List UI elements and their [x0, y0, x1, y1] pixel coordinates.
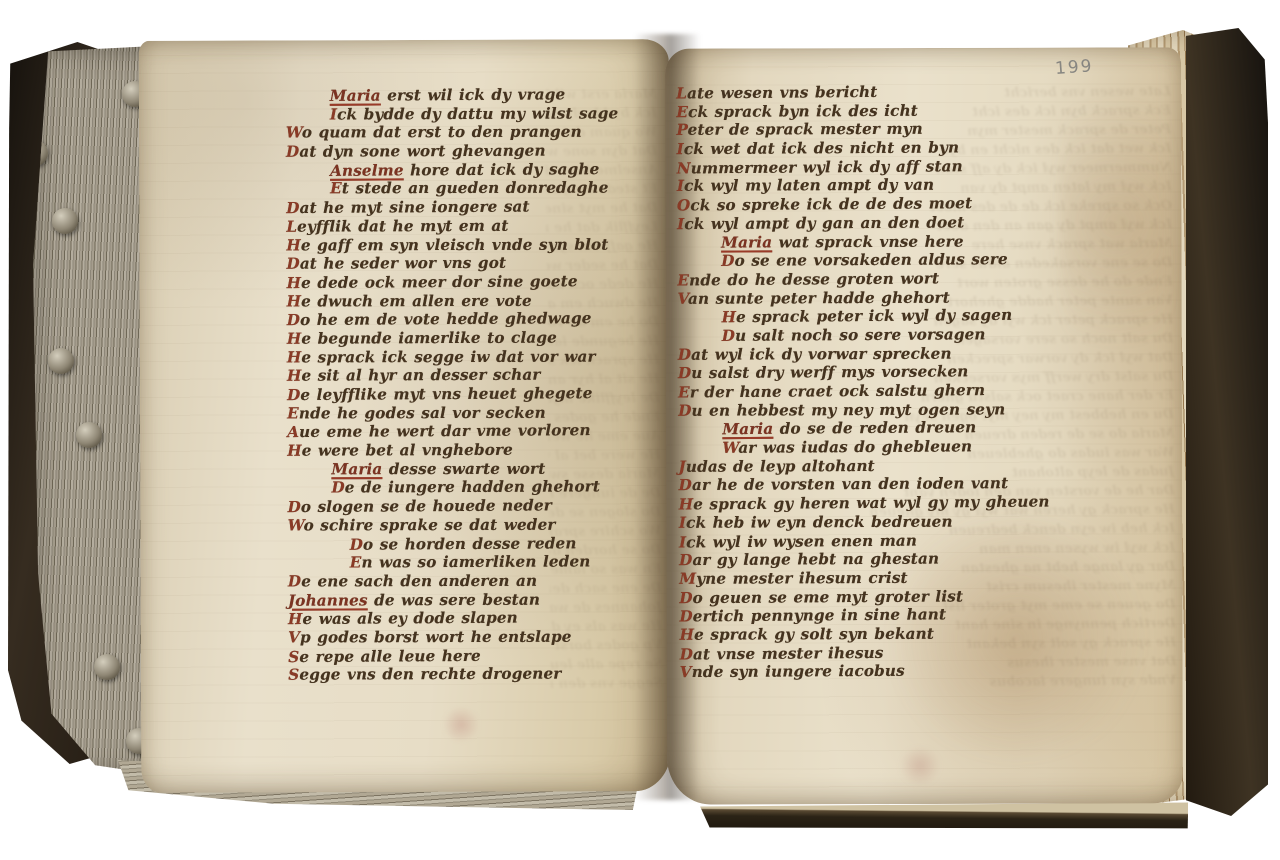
rubricated-initial: H [286, 274, 301, 292]
manuscript-line: Dertich pennynge in sine hant [679, 605, 1050, 627]
rubricated-initial: V [288, 628, 300, 646]
manuscript-line: Maria do se de reden dreuen [722, 418, 1049, 439]
rubricated-initial: H [722, 308, 737, 326]
manuscript-line: He were bet al vnghebore [287, 440, 620, 460]
rubricated-initial: W [286, 124, 302, 142]
rubricated-initial: H [287, 442, 302, 460]
rubricated-initial: D [286, 199, 299, 217]
manuscript-line: Do se horden desse reden [350, 533, 621, 553]
parchment-stain [897, 748, 943, 784]
manuscript-photo: Maria erst wil ick dy vrageIck bydde dy … [0, 0, 1280, 860]
manuscript-line: Vp godes borst wort he entslape [288, 627, 621, 647]
manuscript-line: Dat he seder wor vns got [286, 253, 619, 273]
manuscript-line: De leyfflike myt vns heuet ghegete [287, 384, 620, 405]
manuscript-line: He sprack gy solt syn bekant [680, 624, 1051, 644]
manuscript-line: Segge vns den rechte drogener [288, 665, 621, 685]
rubricated-initial: D [722, 327, 735, 345]
manuscript-line: Ende he godes sal vor secken [287, 403, 620, 423]
manuscript-line: Late wesen vns bericht [676, 81, 1047, 103]
manuscript-line: Maria desse swarte wort [331, 459, 620, 478]
metal-boss [52, 208, 78, 234]
rubricated-initial: D [288, 572, 301, 590]
manuscript-line: Maria erst wil ick dy vrage [330, 85, 619, 106]
manuscript-line: Do he em de vote hedde ghedwage [287, 309, 620, 330]
manuscript-line: Dat dyn sone wort ghevangen [286, 141, 619, 161]
rubricated-initial: I [679, 533, 686, 551]
speaker-rubric: Maria [722, 420, 773, 438]
manuscript-line: Myne mester ihesum crist [679, 568, 1050, 588]
rubricated-initial: H [288, 610, 303, 628]
manuscript-line: Dar gy lange hebt na ghestan [679, 549, 1050, 570]
rubricated-initial: W [722, 439, 738, 457]
manuscript-line: De de iungere hadden ghehort [331, 478, 620, 498]
manuscript-line: Do se ene vorsakeden aldus sere [721, 250, 1048, 271]
manuscript-line: De ene sach den anderen an [288, 571, 621, 591]
rubricated-initial: I [677, 215, 684, 233]
rubricated-initial: S [288, 648, 299, 666]
metal-boss [76, 422, 102, 448]
speaker-rubric: Johannes [288, 591, 368, 609]
manuscript-line: Aue eme he wert dar vme vorloren [287, 421, 620, 442]
manuscript-line: Dat wyl ick dy vorwar sprecken [678, 344, 1049, 364]
rubricated-initial: E [350, 554, 362, 572]
rubricated-initial: D [287, 311, 300, 329]
manuscript-line: Eck sprack byn ick des icht [676, 101, 1047, 122]
manuscript-line: Se repe alle leue here [288, 646, 621, 667]
rubricated-initial: H [287, 348, 302, 366]
page-text-left: Maria erst wil ick dy vrageIck bydde dy … [286, 85, 621, 684]
rubricated-initial: D [679, 551, 692, 569]
manuscript-line: He dwuch em allen ere vote [287, 291, 620, 311]
speaker-rubric: Maria [330, 87, 381, 105]
rubricated-initial: L [286, 217, 297, 235]
rubricated-initial: H [286, 236, 301, 254]
manuscript-line: Ock so spreke ick de de des moet [677, 194, 1048, 216]
manuscript-line: Ick heb iw eyn denck bedreuen [679, 512, 1050, 532]
parchment-stain [1060, 57, 1171, 387]
manuscript-line: Anselme hore dat ick dy saghe [330, 160, 619, 181]
rubricated-initial: D [678, 345, 691, 363]
rubricated-initial: D [287, 498, 300, 516]
rubricated-initial: M [679, 570, 696, 588]
folio-number: 199 [1054, 56, 1094, 79]
manuscript-line: Maria wat sprack vnse here [721, 232, 1048, 252]
manuscript-line: Ick wyl ampt dy gan an den doet [677, 213, 1048, 234]
speaker-rubric: Maria [331, 460, 382, 478]
rubricated-initial: D [350, 535, 363, 553]
manuscript-line: Er der hane craet ock salstu ghern [678, 380, 1049, 402]
manuscript-line: Do slogen se de houede neder [287, 496, 620, 517]
rubricated-initial: D [286, 143, 299, 161]
rubricated-initial: D [679, 608, 692, 626]
manuscript-line: Vnde syn iungere iacobus [680, 661, 1051, 682]
rubricated-initial: I [330, 105, 337, 123]
manuscript-line: War was iudas do ghebleuen [722, 437, 1049, 458]
manuscript-line: He sprack peter ick wyl dy sagen [722, 306, 1049, 327]
rubricated-initial: N [677, 159, 691, 177]
manuscript-line: Ende do he desse groten wort [677, 268, 1048, 290]
rubricated-initial: J [678, 458, 685, 476]
manuscript-line: Et stede an gueden donredaghe [330, 179, 619, 198]
rubricated-initial: I [679, 514, 686, 532]
manuscript-line: He gaff em syn vleisch vnde syn blot [286, 235, 619, 255]
rubricated-initial: H [287, 367, 302, 385]
rubricated-initial: D [679, 476, 692, 494]
rubricated-initial: S [288, 666, 299, 684]
rubricated-initial: D [678, 364, 691, 382]
rubricated-initial: H [679, 496, 694, 514]
rubricated-initial: E [676, 103, 688, 121]
rubricated-initial: D [721, 252, 734, 270]
manuscript-line: He begunde iamerlike to clage [287, 328, 620, 348]
rubricated-initial: E [677, 271, 689, 289]
manuscript-line: He dede ock meer dor sine goete [286, 272, 619, 293]
manuscript-line: Peter de sprack mester myn [676, 120, 1047, 140]
manuscript-line: He sprack ick segge iw dat vor war [287, 347, 620, 367]
rubricated-initial: I [677, 140, 684, 158]
rubricated-initial: E [330, 180, 342, 198]
rubricated-initial: D [678, 401, 691, 419]
rubricated-initial: A [287, 423, 299, 441]
manuscript-line: He sit al hyr an desser schar [287, 366, 620, 386]
rubricated-initial: P [676, 121, 687, 139]
manuscript-line: He sprack gy heren wat wyl gy my gheuen [679, 493, 1050, 515]
manuscript-line: Wo quam dat erst to den prangen [286, 123, 619, 143]
speaker-rubric: Anselme [330, 161, 404, 179]
metal-boss [94, 654, 120, 680]
manuscript-line: He was als ey dode slapen [288, 608, 621, 629]
rubricated-initial: E [287, 404, 299, 422]
rubricated-initial: L [676, 84, 687, 102]
rubricated-initial: V [680, 663, 692, 681]
manuscript-line: Dat vnse mester ihesus [680, 642, 1051, 664]
rubricated-initial: V [677, 289, 688, 307]
manuscript-line: Ick bydde dy dattu my wilst sage [330, 104, 619, 124]
manuscript-line: Wo schire sprake se dat weder [288, 515, 621, 535]
manuscript-line: Johannes de was sere bestan [288, 590, 621, 610]
rubricated-initial: D [287, 386, 300, 404]
manuscript-line: Ick wyl my laten ampt dy van [677, 176, 1048, 196]
manuscript-line: Ick wet dat ick des nicht en byn [677, 138, 1048, 159]
rubricated-initial: D [680, 645, 693, 663]
manuscript-line: Du salt noch so sere vorsagen [722, 325, 1049, 346]
manuscript-line: En was so iamerliken leden [350, 552, 621, 572]
manuscript-line: Ick wyl iw wysen enen man [679, 530, 1050, 552]
rubricated-initial: D [286, 255, 299, 273]
rubricated-initial: I [677, 177, 684, 195]
metal-boss [48, 348, 74, 374]
parchment-stain [441, 708, 481, 742]
rubricated-initial: W [288, 516, 304, 534]
book-cover-right [1186, 28, 1268, 816]
rubricated-initial: O [677, 197, 691, 215]
rubricated-initial: D [331, 479, 344, 497]
speaker-rubric: Maria [721, 233, 772, 251]
manuscript-line: Leyfflik dat he myt em at [286, 216, 619, 236]
rubricated-initial: H [287, 330, 302, 348]
manuscript-line: Dat he myt sine iongere sat [286, 197, 619, 218]
page-text-right: Late wesen vns berichtEck sprack byn ick… [676, 82, 1050, 682]
rubricated-initial: H [680, 626, 695, 644]
rubricated-initial: E [678, 383, 690, 401]
rubricated-initial: D [679, 589, 692, 607]
rubricated-initial: H [287, 292, 302, 310]
manuscript-line: Judas de leyp altohant [678, 456, 1049, 476]
